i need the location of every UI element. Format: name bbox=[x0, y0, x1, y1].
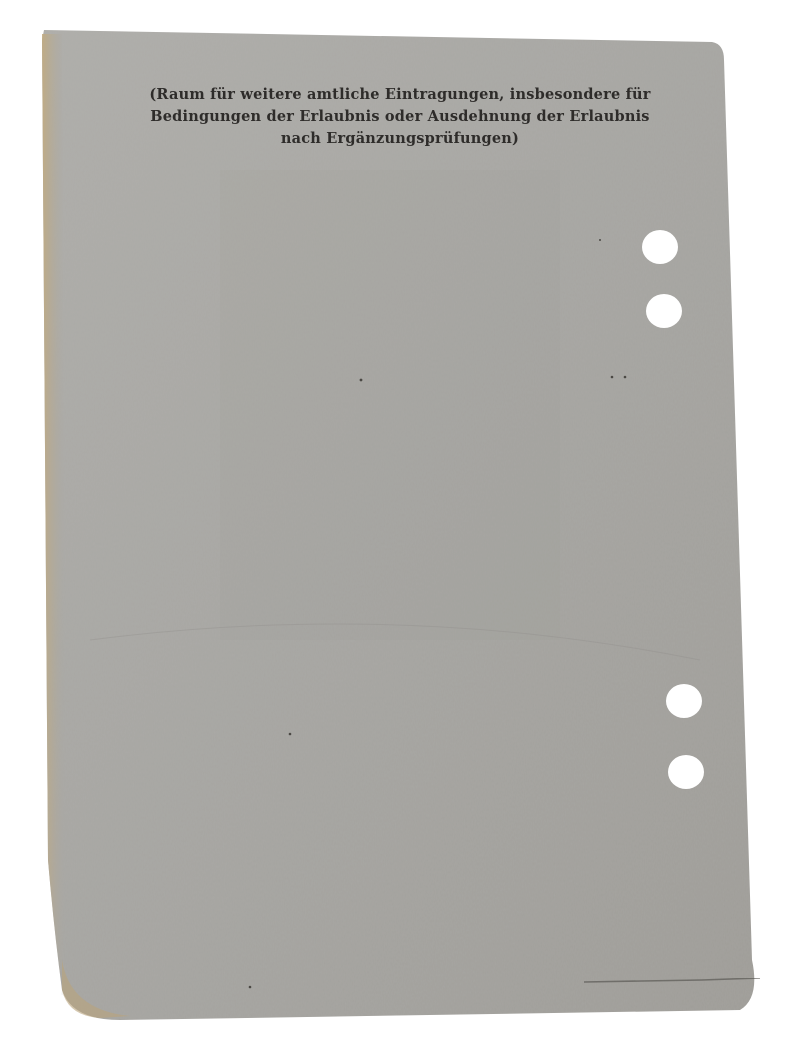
punch-hole bbox=[668, 755, 704, 789]
printed-header: (Raum für weitere amtliche Eintragungen,… bbox=[140, 84, 660, 150]
punch-hole bbox=[666, 684, 702, 718]
pencil-mark bbox=[582, 978, 762, 984]
header-line-2: Bedingungen der Erlaubnis oder Ausdehnun… bbox=[140, 106, 660, 128]
cloth-page bbox=[0, 0, 800, 1051]
punch-hole bbox=[646, 294, 682, 328]
header-line-1: (Raum für weitere amtliche Eintragungen,… bbox=[140, 84, 660, 106]
header-line-3: nach Ergänzungsprüfungen) bbox=[140, 128, 660, 150]
punch-hole bbox=[642, 230, 678, 264]
document-page: (Raum für weitere amtliche Eintragungen,… bbox=[0, 0, 800, 1051]
